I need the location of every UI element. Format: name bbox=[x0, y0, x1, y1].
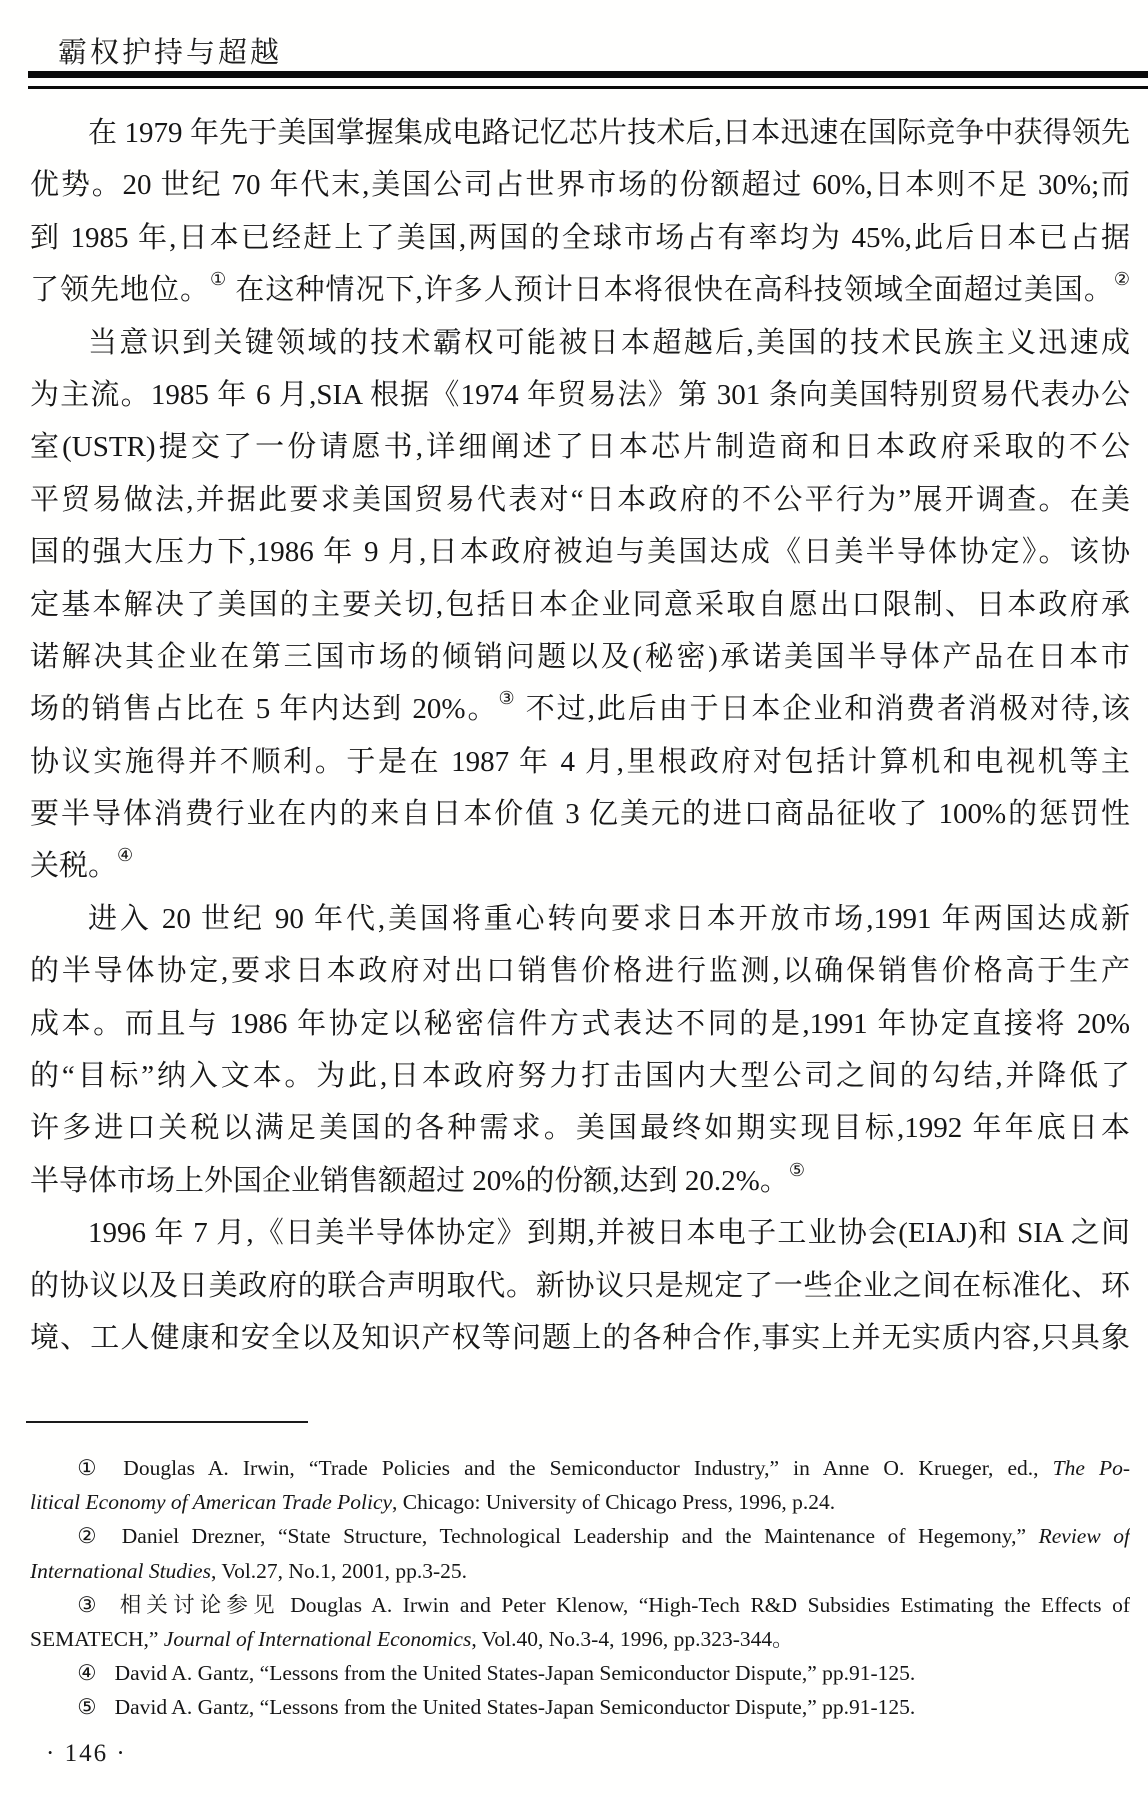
body-line: 场的销售占比在 5 年内达到 20%。③ 不过,此后由于日本企业和消费者消极对待… bbox=[30, 683, 1130, 735]
footnote-text: , Chicago: University of Chicago Press, … bbox=[392, 1490, 835, 1514]
body-line: 境、工人健康和安全以及知识产权等问题上的各种合作,事实上并无实质内容,只具象 bbox=[30, 1312, 1130, 1364]
footnote-line: International Studies, Vol.27, No.1, 200… bbox=[30, 1554, 1130, 1588]
body-line: 诺解决其企业在第三国市场的倾销问题以及(秘密)承诺美国半导体产品在日本市 bbox=[30, 631, 1130, 683]
footnote-italic-text: Journal of International Economics bbox=[164, 1627, 472, 1651]
footnote-ref: ④ bbox=[117, 845, 133, 865]
footnote-italic-text: litical Economy of American Trade Policy bbox=[30, 1490, 392, 1514]
body-line: 的协议以及日美政府的联合声明取代。新协议只是规定了一些企业之间在标准化、环 bbox=[30, 1260, 1130, 1312]
footnote-separator bbox=[26, 1421, 308, 1423]
footnote-text: , Vol.40, No.3-4, 1996, pp.323-344。 bbox=[471, 1627, 793, 1651]
footnote-marker: ② bbox=[77, 1524, 121, 1548]
body-line: 平贸易做法,并据此要求美国贸易代表对“日本政府的不公平行为”展开调查。在美 bbox=[30, 474, 1130, 526]
footnote-text: David A. Gantz, “Lessons from the United… bbox=[115, 1661, 916, 1685]
body-line: 到 1985 年,日本已经赶上了美国,两国的全球市场占有率均为 45%,此后日本… bbox=[30, 212, 1130, 264]
body-line: 要半导体消费行业在内的来自日本价值 3 亿美元的进口商品征收了 100%的惩罚性 bbox=[30, 788, 1130, 840]
body-line: 优势。20 世纪 70 年代末,美国公司占世界市场的份额超过 60%,日本则不足… bbox=[30, 159, 1130, 211]
footnote-text: , Vol.27, No.1, 2001, pp.3-25. bbox=[211, 1559, 467, 1583]
page-number: · 146 · bbox=[46, 1740, 127, 1768]
body-line: 在 1979 年先于美国掌握集成电路记忆芯片技术后,日本迅速在国际竞争中获得领先 bbox=[30, 107, 1130, 159]
footnote-line: ①Douglas A. Irwin, “Trade Policies and t… bbox=[30, 1451, 1130, 1485]
body-line: 的“目标”纳入文本。为此,日本政府努力打击国内大型公司之间的勾结,并降低了 bbox=[30, 1050, 1130, 1102]
footnotes: ①Douglas A. Irwin, “Trade Policies and t… bbox=[30, 1451, 1130, 1725]
body-line: 半导体市场上外国企业销售额超过 20%的份额,达到 20.2%。⑤ bbox=[30, 1155, 1130, 1207]
running-head-title: 霸权护持与超越 bbox=[58, 30, 282, 71]
footnote-text: SEMATECH,” bbox=[30, 1627, 164, 1651]
footnote-line: litical Economy of American Trade Policy… bbox=[30, 1485, 1130, 1519]
body-line: 国的强大压力下,1986 年 9 月,日本政府被迫与美国达成《日美半导体协定》。… bbox=[30, 526, 1130, 578]
footnote-line: SEMATECH,” Journal of International Econ… bbox=[30, 1622, 1130, 1656]
footnote-line: ⑤David A. Gantz, “Lessons from the Unite… bbox=[30, 1690, 1130, 1724]
footnote-marker: ⑤ bbox=[77, 1695, 114, 1719]
footnote-text: Daniel Drezner, “State Structure, Techno… bbox=[122, 1524, 1039, 1548]
body-line: 进入 20 世纪 90 年代,美国将重心转向要求日本开放市场,1991 年两国达… bbox=[30, 893, 1130, 945]
header-rule-thick bbox=[28, 71, 1148, 78]
footnote-ref: ② bbox=[1114, 269, 1130, 289]
footnote-line: ③相关讨论参见 Douglas A. Irwin and Peter Kleno… bbox=[30, 1588, 1130, 1622]
body-line: 1996 年 7 月,《日美半导体协定》到期,并被日本电子工业协会(EIAJ)和… bbox=[30, 1207, 1130, 1259]
footnote-italic-text: Review of bbox=[1039, 1524, 1130, 1548]
body-text: 在 1979 年先于美国掌握集成电路记忆芯片技术后,日本迅速在国际竞争中获得领先… bbox=[30, 107, 1130, 1364]
body-line: 成本。而且与 1986 年协定以秘密信件方式表达不同的是,1991 年协定直接将… bbox=[30, 998, 1130, 1050]
body-line: 了领先地位。① 在这种情况下,许多人预计日本将很快在高科技领域全面超过美国。② bbox=[30, 264, 1130, 316]
header-rule-thin bbox=[28, 86, 1148, 89]
body-line: 为主流。1985 年 6 月,SIA 根据《1974 年贸易法》第 301 条向… bbox=[30, 369, 1130, 421]
footnote-italic-text: International Studies bbox=[30, 1559, 211, 1583]
footnote-text: David A. Gantz, “Lessons from the United… bbox=[115, 1695, 916, 1719]
body-line: 许多进口关税以满足美国的各种需求。美国最终如期实现目标,1992 年年底日本 bbox=[30, 1102, 1130, 1154]
body-line: 室(USTR)提交了一份请愿书,详细阐述了日本芯片制造商和日本政府采取的不公 bbox=[30, 421, 1130, 473]
footnote-ref: ① bbox=[210, 269, 227, 289]
footnote-text: 相关讨论参见 Douglas A. Irwin and Peter Klenow… bbox=[120, 1593, 1130, 1617]
footnote-ref: ⑤ bbox=[789, 1160, 805, 1180]
footnote-marker: ① bbox=[77, 1456, 123, 1480]
book-page: 霸权护持与超越 在 1979 年先于美国掌握集成电路记忆芯片技术后,日本迅速在国… bbox=[0, 0, 1148, 1797]
body-line: 的半导体协定,要求日本政府对出口销售价格进行监测,以确保销售价格高于生产 bbox=[30, 945, 1130, 997]
body-line: 关税。④ bbox=[30, 840, 1130, 892]
footnote-line: ②Daniel Drezner, “State Structure, Techn… bbox=[30, 1519, 1130, 1553]
footnote-marker: ④ bbox=[77, 1661, 114, 1685]
body-line: 当意识到关键领域的技术霸权可能被日本超越后,美国的技术民族主义迅速成 bbox=[30, 317, 1130, 369]
footnote-text: Douglas A. Irwin, “Trade Policies and th… bbox=[123, 1456, 1052, 1480]
body-line: 协议实施得并不顺利。于是在 1987 年 4 月,里根政府对包括计算机和电视机等… bbox=[30, 736, 1130, 788]
footnote-line: ④David A. Gantz, “Lessons from the Unite… bbox=[30, 1656, 1130, 1690]
footnote-italic-text: The Po- bbox=[1053, 1456, 1130, 1480]
footnote-ref: ③ bbox=[498, 688, 516, 708]
footnote-marker: ③ bbox=[77, 1593, 119, 1617]
body-line: 定基本解决了美国的主要关切,包括日本企业同意采取自愿出口限制、日本政府承 bbox=[30, 579, 1130, 631]
